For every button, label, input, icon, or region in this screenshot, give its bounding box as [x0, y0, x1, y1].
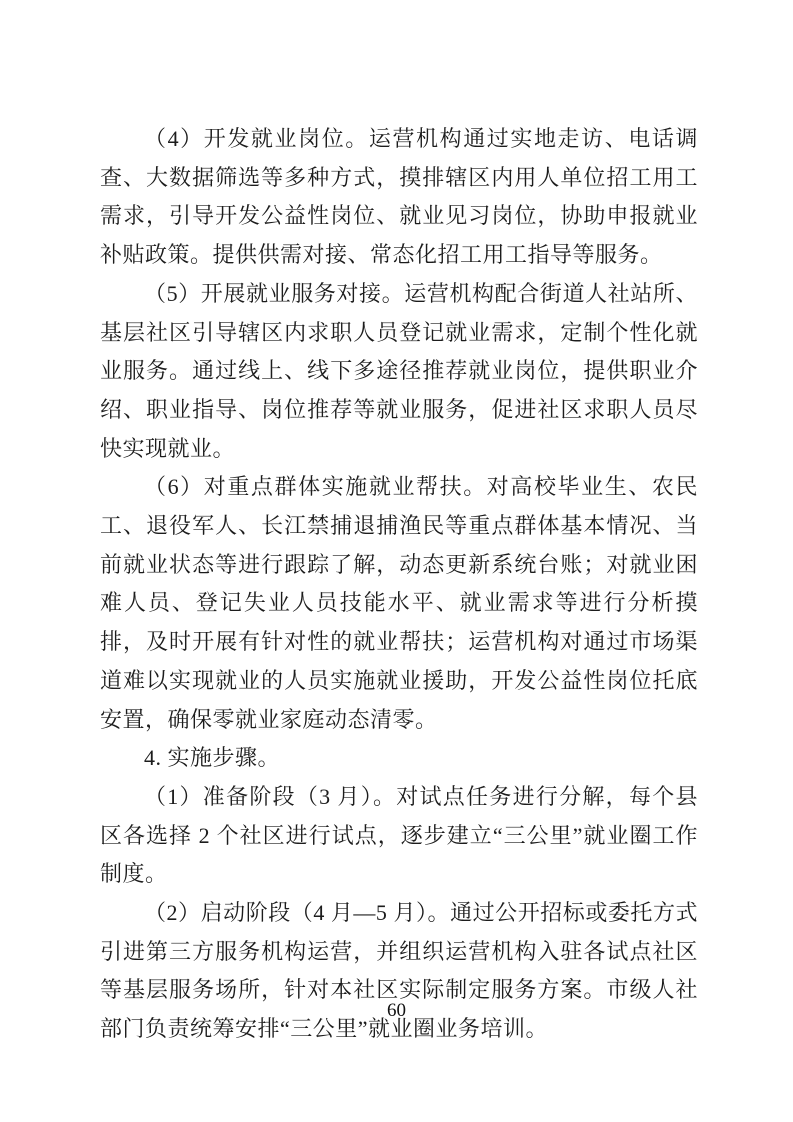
- document-page: （4）开发就业岗位。运营机构通过实地走访、电话调查、大数据筛选等多种方式，摸排辖…: [0, 0, 793, 1122]
- paragraph: （4）开发就业岗位。运营机构通过实地走访、电话调查、大数据筛选等多种方式，摸排辖…: [100, 120, 698, 275]
- paragraph: （2）启动阶段（4 月—5 月）。通过公开招标或委托方式引进第三方服务机构运营，…: [100, 894, 698, 1049]
- paragraph: （5）开展就业服务对接。运营机构配合街道人社站所、基层社区引导辖区内求职人员登记…: [100, 275, 698, 469]
- paragraph: （6）对重点群体实施就业帮扶。对高校毕业生、农民工、退役军人、长江禁捕退捕渔民等…: [100, 468, 698, 739]
- paragraph: 4. 实施步骤。: [100, 739, 698, 778]
- paragraph: （1）准备阶段（3 月）。对试点任务进行分解，每个县区各选择 2 个社区进行试点…: [100, 778, 698, 894]
- document-body: （4）开发就业岗位。运营机构通过实地走访、电话调查、大数据筛选等多种方式，摸排辖…: [100, 120, 698, 1049]
- page-footer: 60: [0, 1000, 793, 1022]
- page-number: 60: [387, 1000, 406, 1022]
